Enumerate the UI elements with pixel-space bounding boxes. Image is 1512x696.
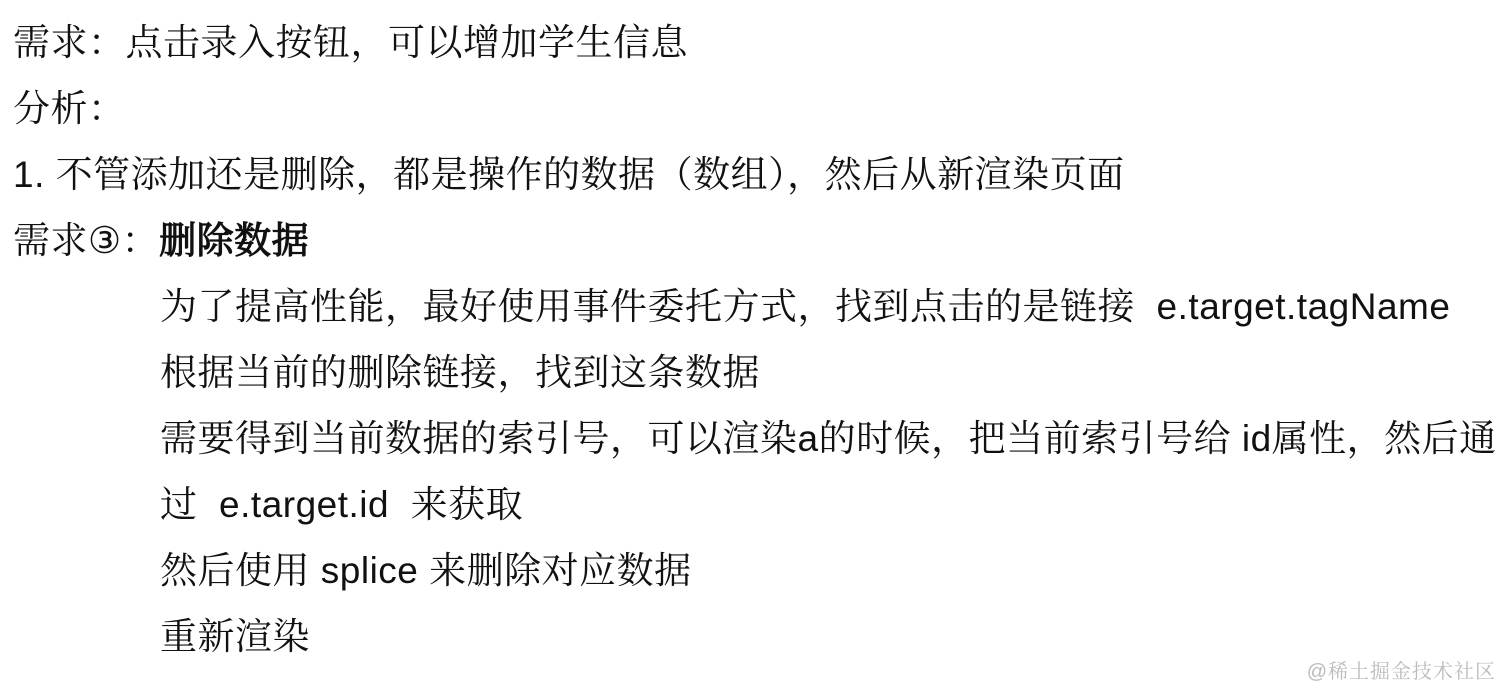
detail-line-index-id: 需要得到当前数据的索引号，可以渲染a的时候，把当前索引号给 id属性，然后通 xyxy=(0,406,1512,472)
juejin-watermark: @稀土掘金技术社区 xyxy=(1307,655,1496,684)
requirement-3-label: 需求③： xyxy=(13,220,159,261)
requirement-line: 需求：点击录入按钮，可以增加学生信息 xyxy=(0,10,1512,76)
requirement-3-line: 需求③：删除数据 xyxy=(0,208,1512,274)
detail-line-delegation: 为了提高性能，最好使用事件委托方式，找到点击的是链接 e.target.tagN… xyxy=(0,274,1512,340)
analysis-label: 分析： xyxy=(0,76,1512,142)
detail-line-rerender: 重新渲染 xyxy=(0,604,1512,670)
analysis-point-1: 1. 不管添加还是删除，都是操作的数据（数组），然后从新渲染页面 xyxy=(0,142,1512,208)
notes-document: 需求：点击录入按钮，可以增加学生信息 分析： 1. 不管添加还是删除，都是操作的… xyxy=(0,10,1512,670)
detail-line-find-data: 根据当前的删除链接，找到这条数据 xyxy=(0,340,1512,406)
requirement-3-title: 删除数据 xyxy=(159,220,309,261)
detail-line-splice: 然后使用 splice 来删除对应数据 xyxy=(0,538,1512,604)
detail-line-target-id: 过 e.target.id 来获取 xyxy=(0,472,1512,538)
